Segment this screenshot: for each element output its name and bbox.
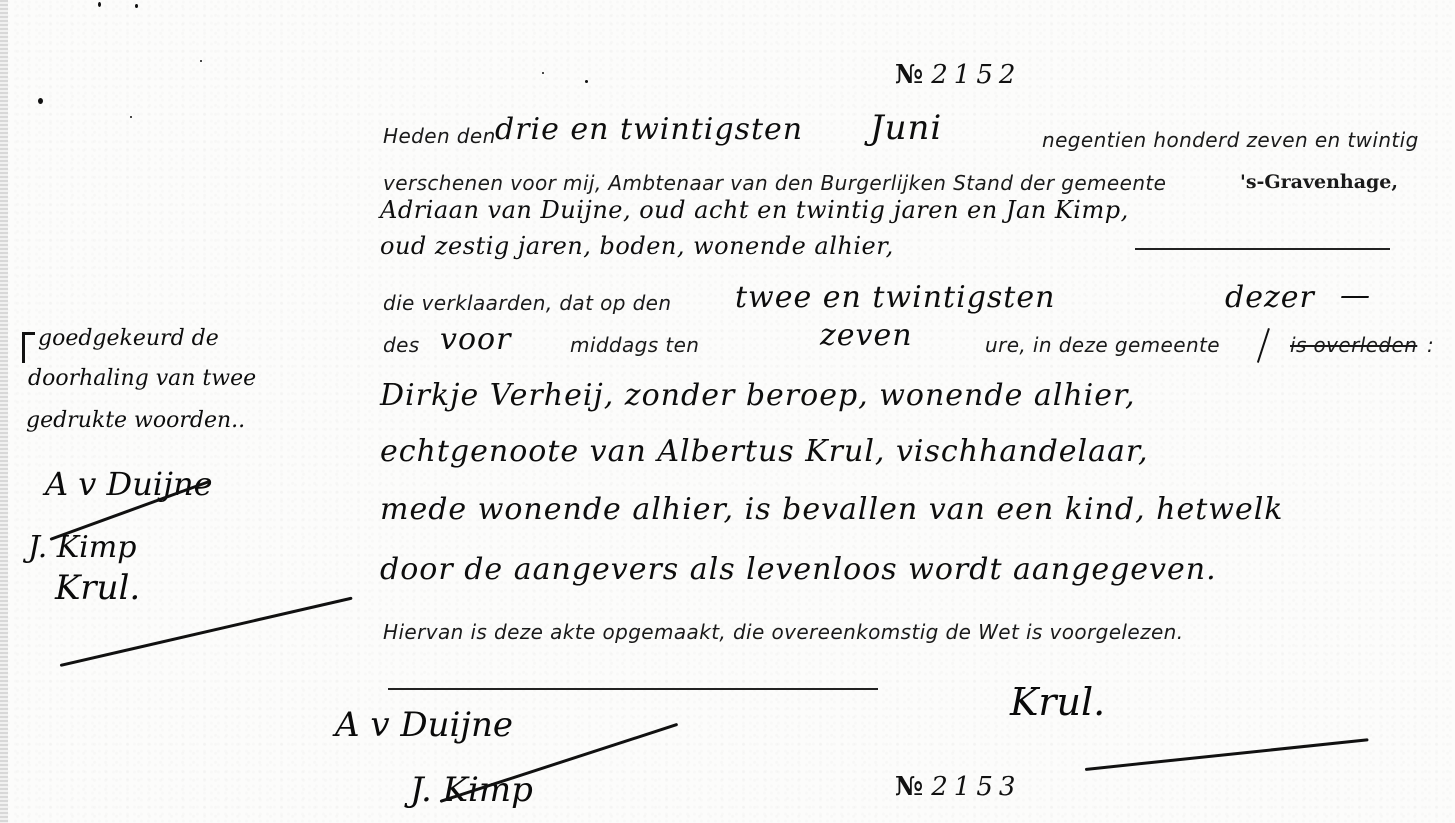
insertion-mark	[1257, 328, 1270, 363]
scan-edge	[0, 0, 8, 823]
handwritten-body-1: Dirkje Verheij, zonder beroep, wonende a…	[380, 378, 1136, 413]
handwritten-date-day: drie en twintigsten	[495, 112, 803, 147]
struck-text: is overleden	[1290, 333, 1417, 357]
record-number: №2152	[895, 60, 1021, 90]
signature-underline	[1085, 738, 1369, 771]
handwritten-declarants-2: oud zestig jaren, boden, wonende alhier,	[380, 232, 894, 260]
handwritten-hour: zeven	[820, 318, 913, 353]
margin-signature-krul: Krul.	[55, 568, 140, 608]
margin-bracket	[22, 332, 35, 363]
next-record-number-value: 2153	[931, 772, 1021, 802]
handwritten-event-day: twee en twintigsten	[735, 280, 1055, 315]
printed-ure-gemeente: ure, in deze gemeente	[985, 333, 1220, 357]
ink-speck	[135, 4, 138, 8]
ink-speck	[585, 80, 588, 83]
record-number-value: 2152	[931, 60, 1021, 90]
signature-krul: Krul.	[1010, 680, 1105, 724]
margin-signature-kimp: J. Kimp	[28, 530, 136, 565]
handwritten-declarants-1: Adriaan van Duijne, oud acht en twintig …	[380, 196, 1129, 224]
printed-closing: Hiervan is deze akte opgemaakt, die over…	[383, 620, 1184, 644]
ink-speck	[542, 72, 544, 74]
ink-speck	[98, 2, 101, 7]
handwritten-body-4: door de aangevers als levenloos wordt aa…	[380, 552, 1217, 587]
handwritten-date-month: Juni	[870, 108, 942, 148]
margin-note-2: doorhaling van twee	[28, 366, 256, 391]
number-sign: №	[895, 772, 923, 802]
signature-duijne: A v Duijne	[335, 705, 513, 745]
margin-note-1: goedgekeurd de	[38, 326, 219, 351]
handwritten-voor: voor	[440, 322, 511, 357]
document-page: №2152 Heden den drie en twintigsten Juni…	[0, 0, 1455, 823]
next-record-number: №2153	[895, 772, 1021, 802]
signature-rule	[388, 688, 878, 690]
margin-signature-duijne: A v Duijne	[45, 465, 213, 503]
margin-note-3: gedrukte woorden..	[26, 408, 245, 433]
handwritten-dash: —	[1340, 278, 1371, 313]
printed-heden-den: Heden den	[383, 124, 496, 148]
municipality-name: 's-Gravenhage,	[1240, 171, 1398, 193]
ink-speck	[200, 60, 202, 62]
printed-des: des	[383, 333, 420, 357]
printed-year: negentien honderd zeven en twintig	[1042, 128, 1419, 152]
fill-line	[1135, 248, 1390, 250]
handwritten-event-month: dezer	[1225, 280, 1315, 315]
printed-verschenen: verschenen voor mij, Ambtenaar van den B…	[383, 171, 1166, 195]
struck-colon: :	[1427, 333, 1434, 357]
ink-speck	[38, 98, 43, 104]
handwritten-body-3: mede wonende alhier, is bevallen van een…	[380, 492, 1283, 527]
printed-die-verklaarden: die verklaarden, dat op den	[383, 291, 671, 315]
printed-middags-ten: middags ten	[570, 333, 699, 357]
handwritten-body-2: echtgenoote van Albertus Krul, vischhand…	[380, 434, 1148, 469]
number-sign: №	[895, 60, 923, 90]
ink-speck	[130, 116, 132, 118]
